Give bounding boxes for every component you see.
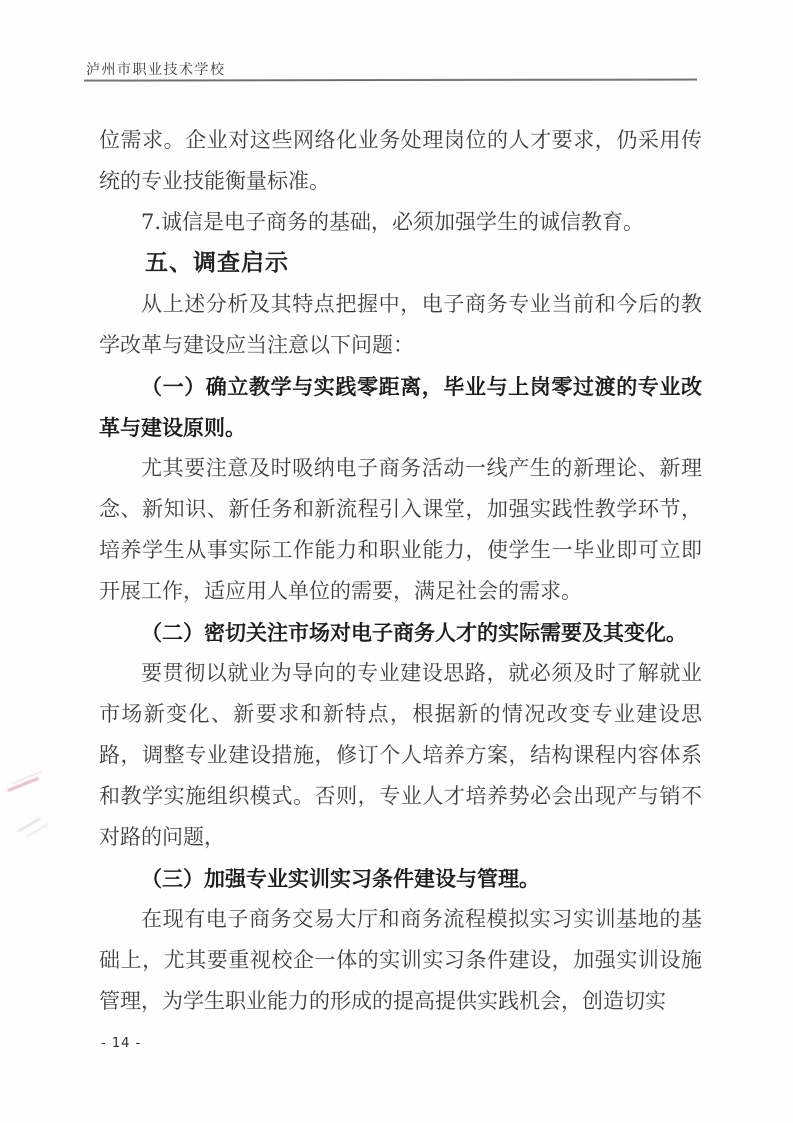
sub-heading-3: （三）加强专业实训实习条件建设与管理。 xyxy=(99,858,702,899)
header-rule xyxy=(84,78,697,81)
section-heading-5: 五、调查启示 xyxy=(99,243,702,284)
paragraph-item-7: 7.诚信是电子商务的基础，必须加强学生的诚信教育。 xyxy=(99,202,702,243)
sub-heading-2: （二）密切关注市场对电子商务人才的实际需要及其变化。 xyxy=(99,612,702,653)
page-number: - 14 - xyxy=(101,1036,141,1051)
gray-smudge-scan-artifact xyxy=(17,818,41,833)
paragraph-continuation: 位需求。企业对这些网络化业务处理岗位的人才要求，仍采用传统的专业技能衡量标准。 xyxy=(99,120,702,202)
pink-ink-scan-artifact xyxy=(7,777,40,793)
header-school-name: 泸州市职业技术学校 xyxy=(86,59,226,79)
paragraph-under-heading-1: 尤其要注意及时吸纳电子商务活动一线产生的新理论、新理念、新知识、新任务和新流程引… xyxy=(99,448,702,612)
document-body: 位需求。企业对这些网络化业务处理岗位的人才要求，仍采用传统的专业技能衡量标准。 … xyxy=(99,120,702,1022)
paragraph-under-heading-3: 在现有电子商务交易大厅和商务流程模拟实习实训基地的基础上，尤其要重视校企一体的实… xyxy=(99,899,702,1022)
paragraph-intro: 从上述分析及其特点把握中，电子商务专业当前和今后的教学改革与建设应当注意以下问题… xyxy=(99,284,702,366)
paragraph-under-heading-2: 要贯彻以就业为导向的专业建设思路，就必须及时了解就业市场新变化、新要求和新特点，… xyxy=(99,653,702,858)
sub-heading-1: （一）确立教学与实践零距离，毕业与上岗零过渡的专业改革与建设原则。 xyxy=(99,366,702,448)
document-page: 泸州市职业技术学校 位需求。企业对这些网络化业务处理岗位的人才要求，仍采用传统的… xyxy=(0,0,793,1123)
